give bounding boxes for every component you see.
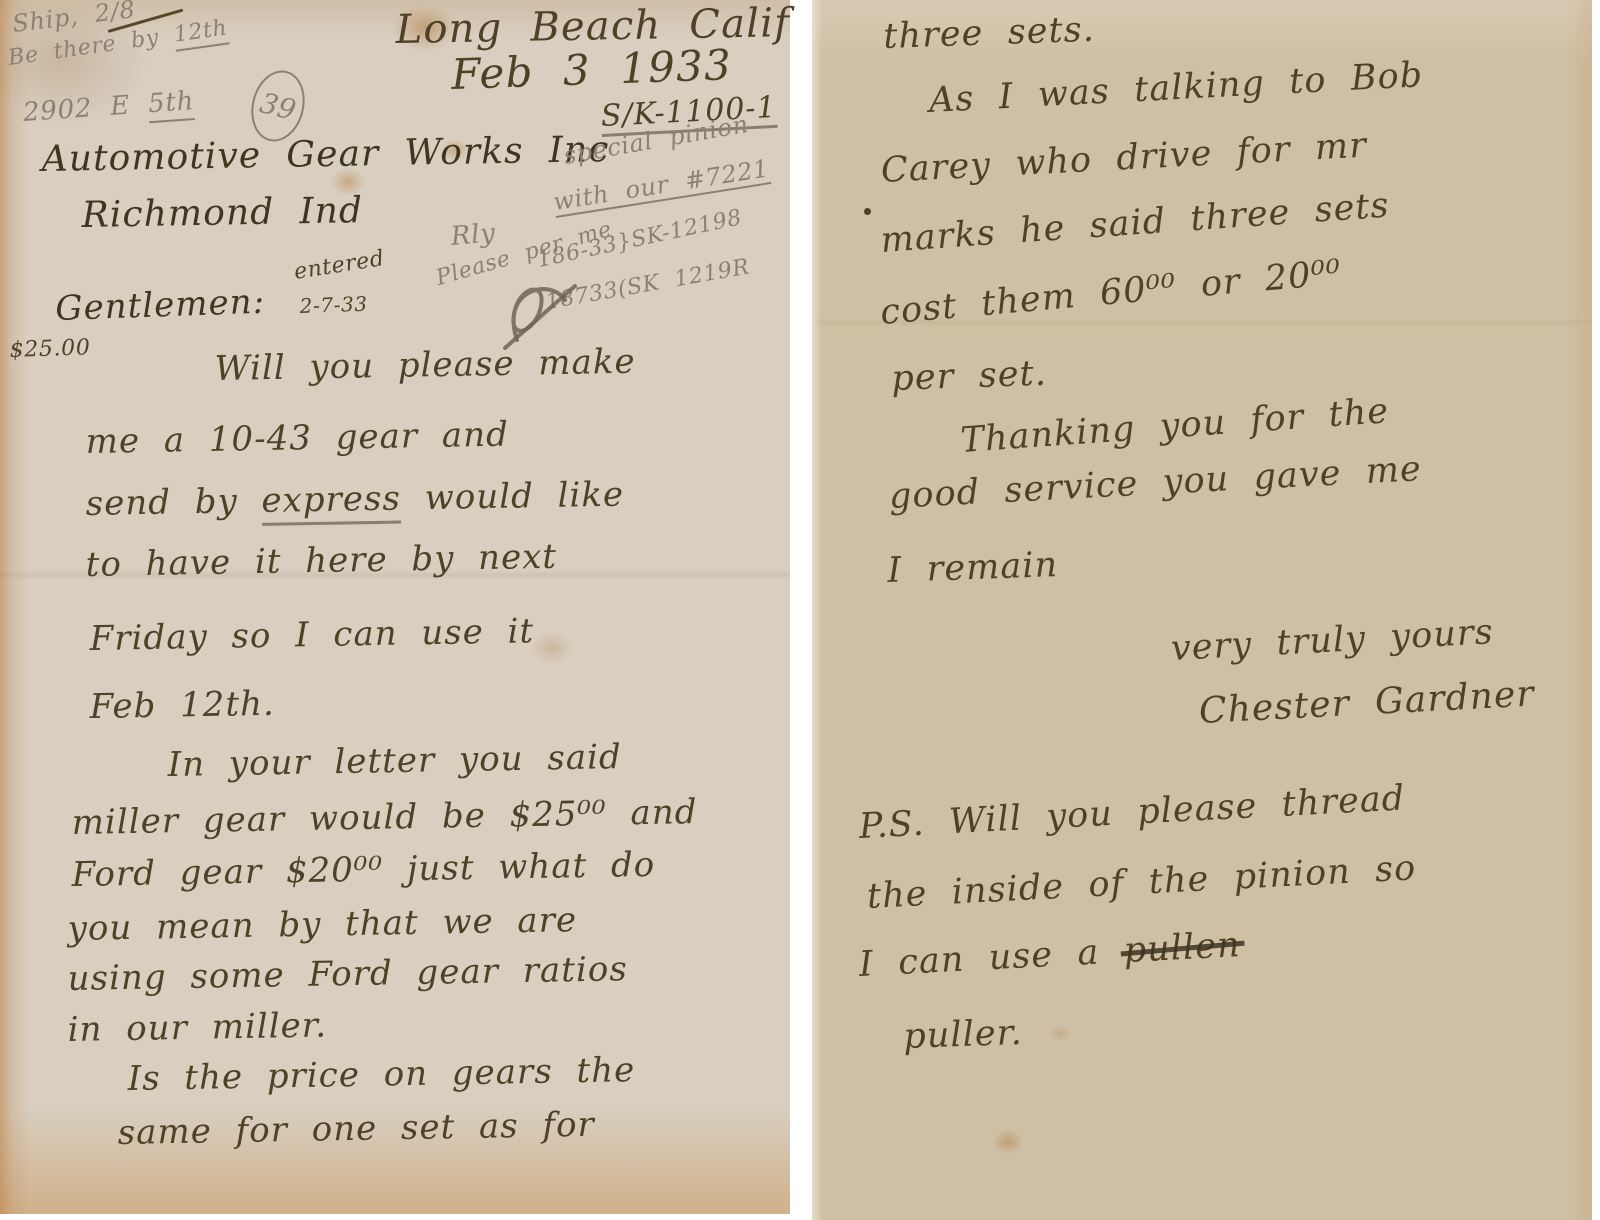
- body-line: Thanking you for the: [960, 394, 1391, 459]
- body-line: same for one set as for: [117, 1108, 595, 1150]
- body-line: Carey who drive for mr: [880, 129, 1368, 189]
- body-line: to have it here by next: [85, 540, 557, 582]
- pencil-note-be-there-day: 12th: [172, 15, 229, 51]
- pencil-note-address-text: 2902 E: [22, 89, 149, 128]
- ps-line-pre: I can use a: [858, 931, 1125, 985]
- body-line: Is the price on gears the: [127, 1053, 635, 1096]
- body-line: Will you please make: [214, 345, 635, 386]
- body-line: good service you gave me: [888, 452, 1422, 515]
- ps-line: puller.: [903, 1016, 1024, 1055]
- body-line: I remain: [887, 548, 1059, 589]
- letter-date: Feb 3 1933: [451, 44, 733, 96]
- letter-page-1: Ship, 2/8 Be there by 12th 2902 E 5th 39…: [0, 0, 790, 1214]
- letter-scan: Ship, 2/8 Be there by 12th 2902 E 5th 39…: [0, 0, 1600, 1220]
- entered-note: entered: [293, 248, 387, 284]
- ps-line: the inside of the pinion so: [866, 851, 1417, 915]
- body-line: per set.: [891, 357, 1048, 397]
- body-line: you mean by that we are: [67, 903, 577, 946]
- pencil-scribble-initials: [495, 268, 590, 353]
- body-line: cost them 60⁰⁰ or 20⁰⁰: [879, 256, 1343, 331]
- salutation: Gentlemen:: [55, 285, 266, 326]
- body-line: using some Ford gear ratios: [67, 952, 628, 996]
- body-line: Feb 12th.: [89, 687, 275, 724]
- signature: Chester Gardner: [1198, 676, 1535, 730]
- ps-crossed-word: pullen: [1123, 925, 1242, 971]
- recipient-name: Automotive Gear Works Inc: [41, 132, 609, 178]
- letter-page-2: three sets. As I was talking to Bob Care…: [812, 0, 1592, 1220]
- price-note: $25.00: [9, 337, 91, 362]
- body-line: In your letter you said: [167, 740, 622, 782]
- ink-dot: [864, 208, 871, 215]
- body-line-express: send by express would like: [85, 478, 624, 521]
- pencil-note-address-no: 5th: [147, 86, 195, 123]
- recipient-city: Richmond Ind: [81, 193, 363, 234]
- pencil-note-address: 2902 E 5th: [22, 88, 195, 126]
- body-line: Friday so I can use it: [89, 614, 534, 656]
- body-line: in our miller.: [67, 1008, 327, 1047]
- circled-number: 39: [257, 86, 300, 127]
- body-line: As I was talking to Bob: [928, 58, 1424, 119]
- body-line: me a 10-43 gear and: [85, 418, 509, 459]
- ps-line: P.S. Will you please thread: [858, 781, 1406, 845]
- body-line: miller gear would be $25⁰⁰ and: [71, 795, 697, 840]
- pencil-note-rly: Rly: [450, 220, 497, 250]
- ps-line-crossed: I can use a pullen: [858, 928, 1241, 983]
- body-line: three sets.: [883, 13, 1096, 55]
- body-line: Ford gear $20⁰⁰ just what do: [71, 848, 655, 892]
- body-line-express-word: express: [261, 479, 401, 526]
- body-line-express-post: would like: [401, 475, 625, 519]
- body-line-express-pre: send by: [85, 481, 261, 524]
- body-line: marks he said three sets: [880, 189, 1391, 259]
- entered-date: 2-7-33: [299, 294, 368, 316]
- valediction: very truly yours: [1170, 615, 1494, 667]
